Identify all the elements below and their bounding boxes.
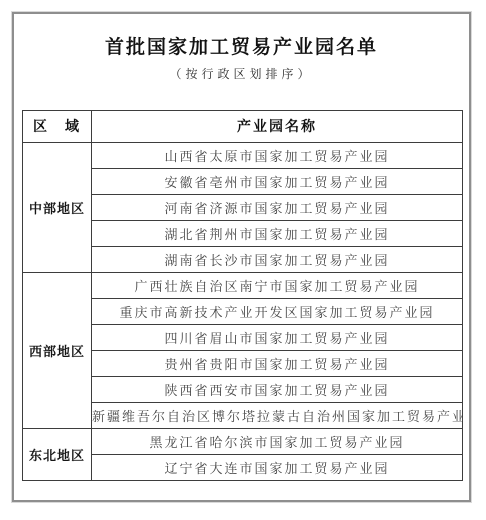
- park-name-cell: 湖北省荆州市国家加工贸易产业园: [92, 220, 463, 246]
- table-row: 东北地区黑龙江省哈尔滨市国家加工贸易产业园: [23, 428, 463, 454]
- park-name-cell: 四川省眉山市国家加工贸易产业园: [92, 324, 463, 350]
- park-name-cell: 辽宁省大连市国家加工贸易产业园: [92, 454, 463, 480]
- park-name-cell: 湖南省长沙市国家加工贸易产业园: [92, 246, 463, 272]
- region-column-header: 区 域: [23, 110, 92, 142]
- park-name-cell: 河南省济源市国家加工贸易产业园: [92, 194, 463, 220]
- park-name-cell: 广西壮族自治区南宁市国家加工贸易产业园: [92, 272, 463, 298]
- region-cell: 西部地区: [23, 272, 92, 428]
- document-subtitle: （按行政区划排序）: [14, 65, 469, 82]
- region-cell: 中部地区: [23, 142, 92, 272]
- park-name-cell: 重庆市高新技术产业开发区国家加工贸易产业园: [92, 298, 463, 324]
- table-row: 中部地区山西省太原市国家加工贸易产业园: [23, 142, 463, 168]
- table-header-row: 区 域 产业园名称: [23, 110, 463, 142]
- document-title: 首批国家加工贸易产业园名单: [14, 36, 469, 60]
- park-name-cell: 新疆维吾尔自治区博尔塔拉蒙古自治州国家加工贸易产业园: [92, 402, 463, 428]
- document-page: 首批国家加工贸易产业园名单 （按行政区划排序） 区 域 产业园名称 中部地区山西…: [12, 12, 471, 502]
- region-cell: 东北地区: [23, 428, 92, 480]
- table-header: 区 域 产业园名称: [23, 110, 463, 142]
- park-name-cell: 山西省太原市国家加工贸易产业园: [92, 142, 463, 168]
- park-name-cell: 黑龙江省哈尔滨市国家加工贸易产业园: [92, 428, 463, 454]
- parks-table: 区 域 产业园名称 中部地区山西省太原市国家加工贸易产业园安徽省亳州市国家加工贸…: [22, 110, 463, 481]
- park-name-cell: 陕西省西安市国家加工贸易产业园: [92, 376, 463, 402]
- park-name-column-header: 产业园名称: [92, 110, 463, 142]
- table-row: 西部地区广西壮族自治区南宁市国家加工贸易产业园: [23, 272, 463, 298]
- park-name-cell: 贵州省贵阳市国家加工贸易产业园: [92, 350, 463, 376]
- table-body: 中部地区山西省太原市国家加工贸易产业园安徽省亳州市国家加工贸易产业园河南省济源市…: [23, 142, 463, 480]
- park-name-cell: 安徽省亳州市国家加工贸易产业园: [92, 168, 463, 194]
